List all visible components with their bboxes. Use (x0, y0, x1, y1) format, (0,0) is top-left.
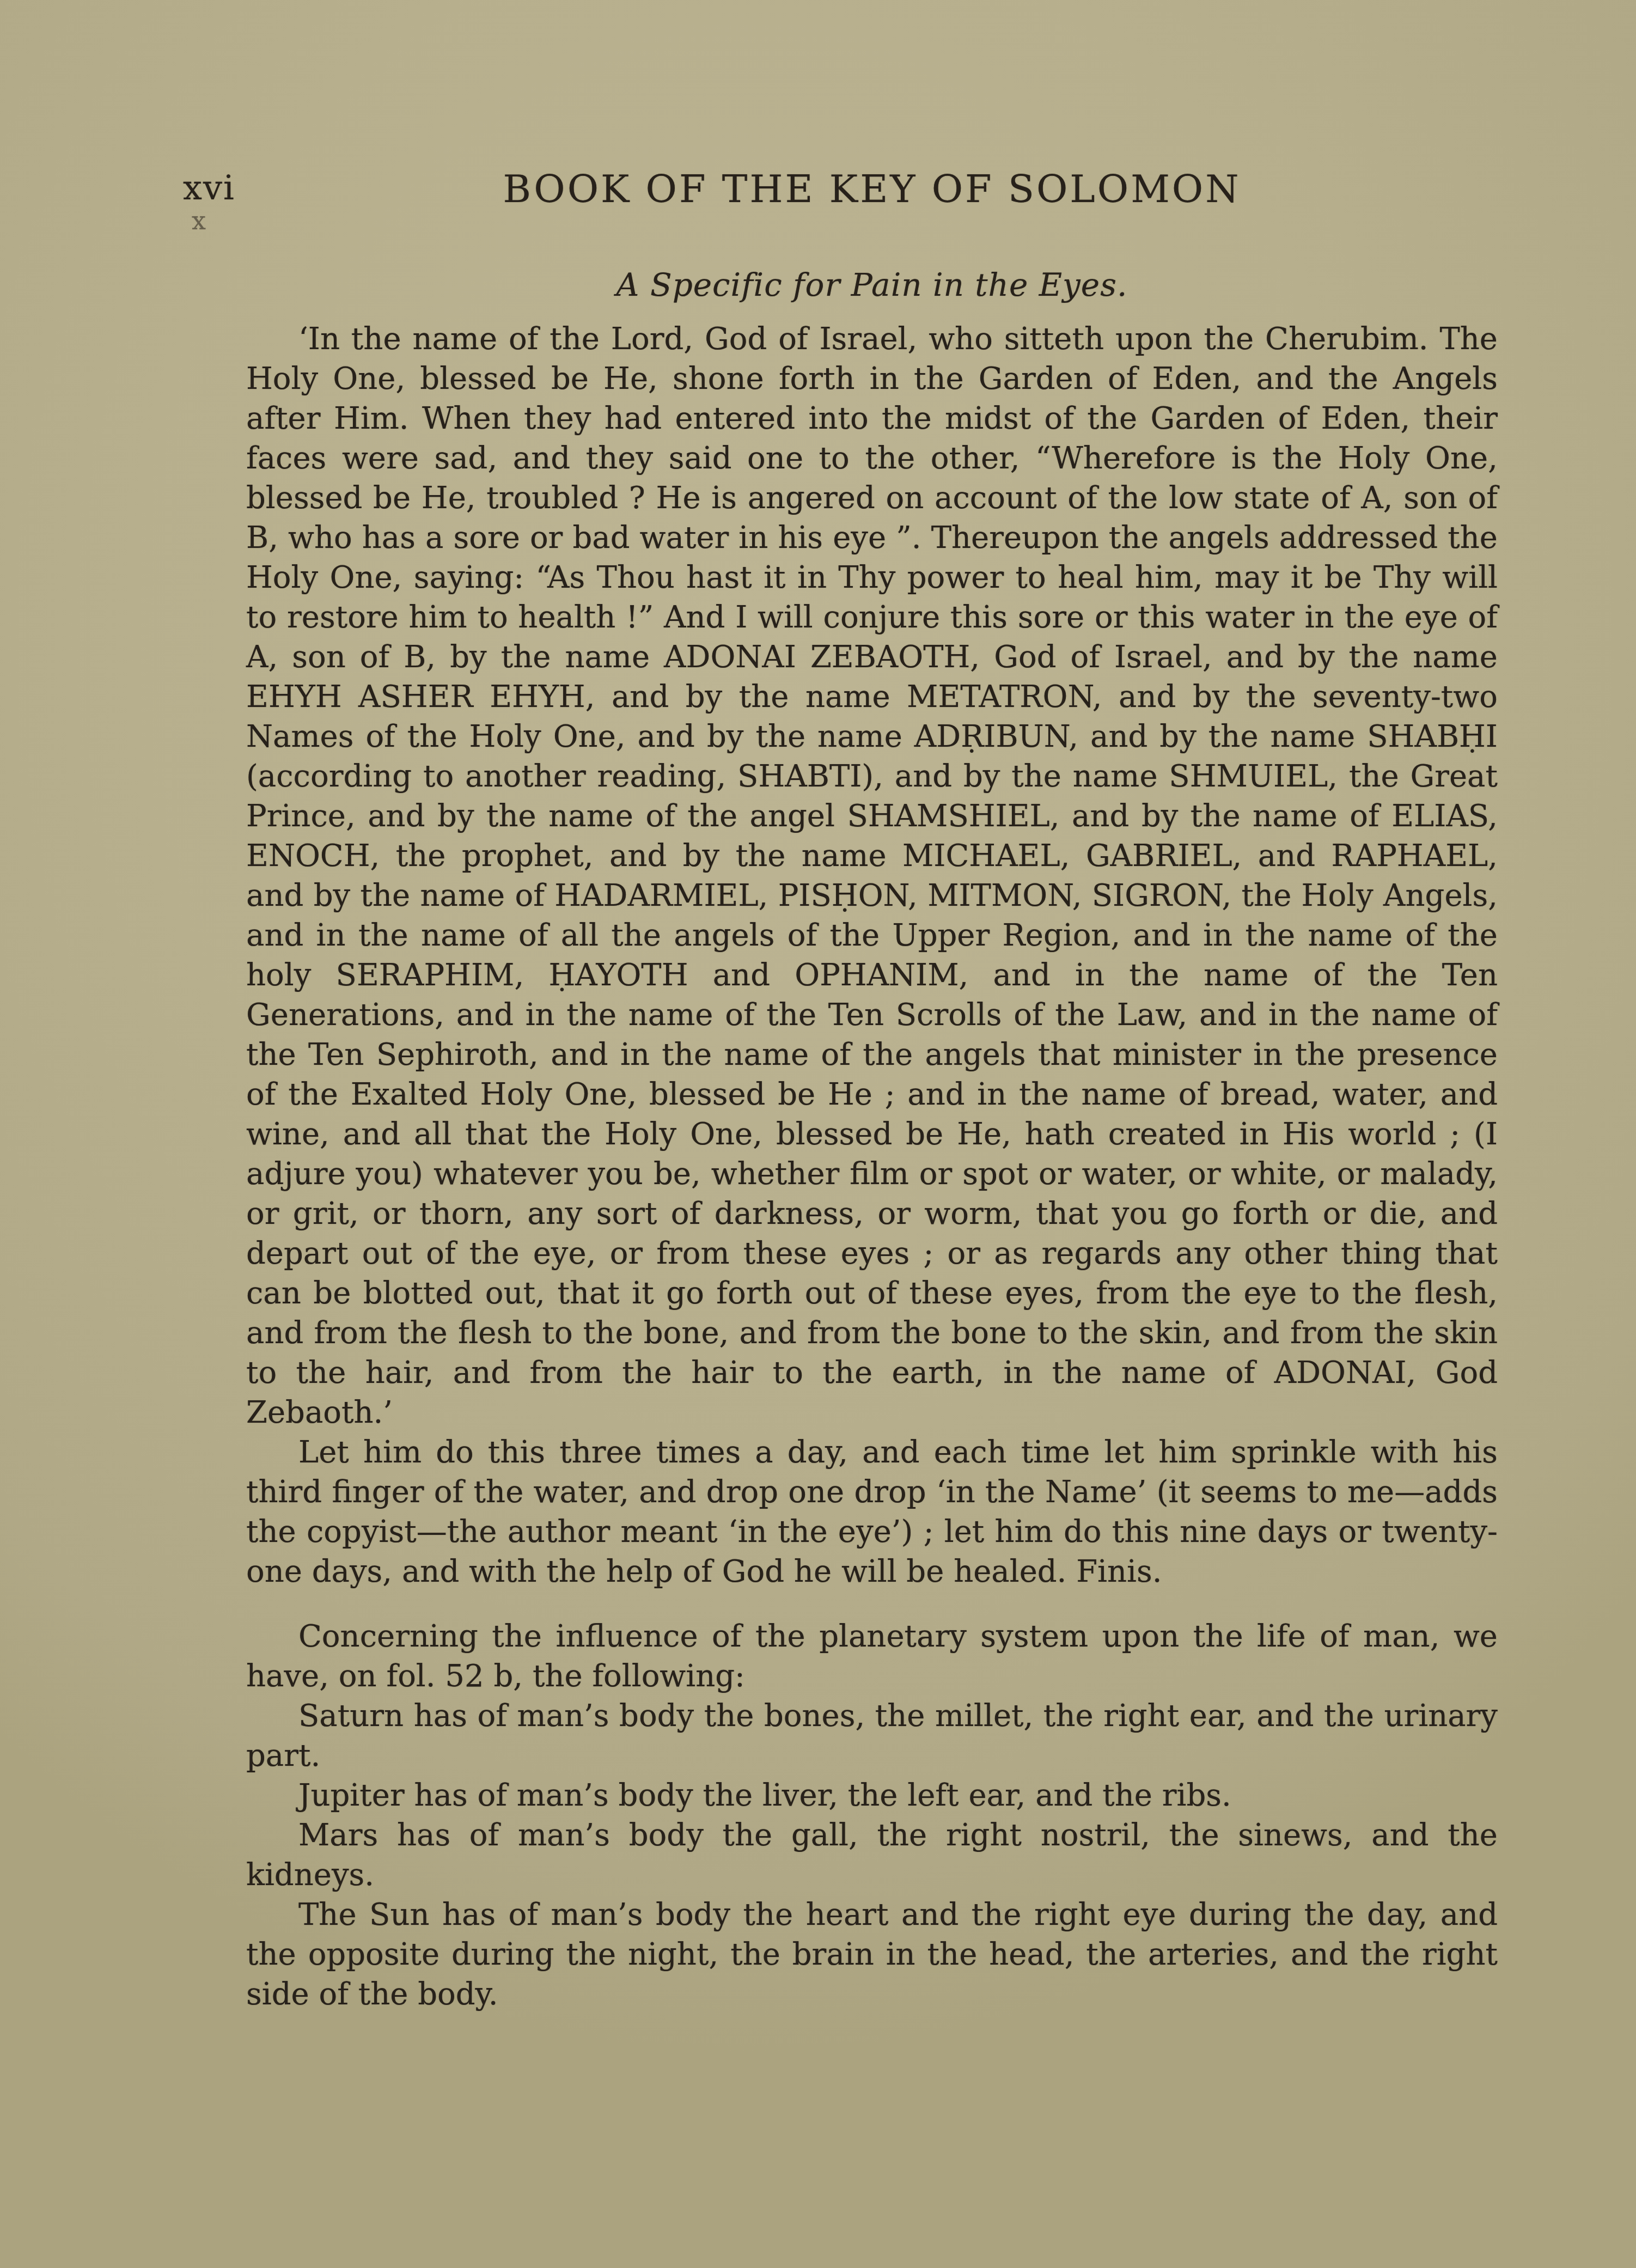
body-paragraph-jupiter: Jupiter has of man’s body the liver, the… (246, 1776, 1498, 1815)
page-number: xvi (183, 171, 235, 205)
page-body: ‘In the name of the Lord, God of Israel,… (246, 319, 1498, 2014)
body-paragraph-sun: The Sun has of man’s body the heart and … (246, 1895, 1498, 2014)
body-paragraph-saturn: Saturn has of man’s body the bones, the … (246, 1696, 1498, 1776)
section-title: A Specific for Pain in the Eyes. (246, 268, 1498, 302)
body-paragraph-concerning: Concerning the influence of the planetar… (246, 1617, 1498, 1696)
running-header: BOOK OF THE KEY OF SOLOMON (246, 169, 1498, 209)
signature-mark: x (192, 208, 206, 233)
body-paragraph-conjuration: ‘In the name of the Lord, God of Israel,… (246, 319, 1498, 1432)
body-paragraph-mars: Mars has of man’s body the gall, the rig… (246, 1815, 1498, 1895)
book-page: xvi x BOOK OF THE KEY OF SOLOMON A Speci… (0, 0, 1636, 2268)
body-paragraph-instructions: Let him do this three times a day, and e… (246, 1432, 1498, 1592)
